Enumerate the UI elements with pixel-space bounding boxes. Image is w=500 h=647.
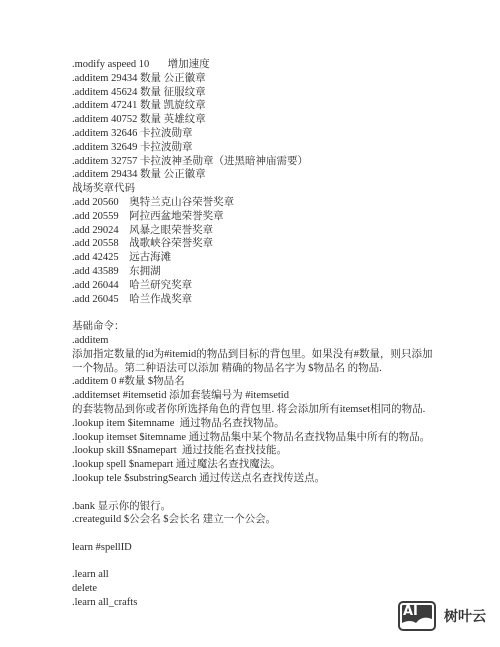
section-heading: 战场奖章代码 xyxy=(72,182,442,196)
text-line: .additem 32649 卡拉波勋章 xyxy=(72,141,442,155)
text-line: .lookup tele $substringSearch 通过传送点名查找传送… xyxy=(72,472,442,486)
text-line: .add 43589 东拥湖 xyxy=(72,265,442,279)
text-line: .additem 32757 卡拉波神圣勋章（进黑暗神庙需要） xyxy=(72,155,442,169)
text-line: .lookup skill $$namepart 通过技能名查找技能。 xyxy=(72,444,442,458)
text-line: .add 29024 风暴之眼荣誉奖章 xyxy=(72,224,442,238)
text-line: .additem 32646 卡拉波勋章 xyxy=(72,127,442,141)
text-paragraph: 添加指定数量的id为#itemid的物品到目标的背包里。如果没有#数量，则只添加… xyxy=(72,348,442,376)
text-line: .add 42425 远古海滩 xyxy=(72,251,442,265)
watermark: AI 树叶云 xyxy=(398,601,486,631)
text-line: .additem xyxy=(72,334,442,348)
text-line: learn #spellID xyxy=(72,541,442,555)
text-line: .additem 47241 数量 凯旋纹章 xyxy=(72,99,442,113)
text-line: .additem 40752 数量 英雄纹章 xyxy=(72,113,442,127)
text-line: .additem 29434 数量 公正徽章 xyxy=(72,72,442,86)
text-line: .lookup spell $namepart 通过魔法名查找魔法。 xyxy=(72,458,442,472)
blank-line xyxy=(72,555,442,569)
text-line: 的套装物品到你或者你所选择角色的背包里. 将会添加所有itemset相同的物品. xyxy=(72,403,442,417)
text-line: .add 26045 哈兰作战奖章 xyxy=(72,293,442,307)
text-line: .additem 45624 数量 征服纹章 xyxy=(72,86,442,100)
text-line: .createguild $公会名 $会长名 建立一个公会。 xyxy=(72,513,442,527)
brand-name: 树叶云 xyxy=(444,606,486,626)
blank-line xyxy=(72,486,442,500)
text-line: .modify aspeed 10 增加速度 xyxy=(72,58,442,72)
text-line: .learn all xyxy=(72,568,442,582)
text-line: .additem 29434 数量 公正徽章 xyxy=(72,168,442,182)
text-line: .add 20560 奥特兰克山谷荣誉奖章 xyxy=(72,196,442,210)
text-line: .additemset #itemsetid 添加套装编号为 #itemseti… xyxy=(72,389,442,403)
text-line: .add 26044 哈兰研究奖章 xyxy=(72,279,442,293)
text-line: .lookup itemset $itemname 通过物品集中某个物品名查找物… xyxy=(72,431,442,445)
blank-line xyxy=(72,306,442,320)
text-line: delete xyxy=(72,582,442,596)
text-line: .lookup item $itemname 通过物品名查找物品。 xyxy=(72,417,442,431)
text-line: .add 20558 战歌峡谷荣誉奖章 xyxy=(72,237,442,251)
text-line: .additem 0 #数量 $物品名 xyxy=(72,375,442,389)
ai-logo-icon: AI xyxy=(398,601,436,631)
text-line: .add 20559 阿拉西盆地荣誉奖章 xyxy=(72,210,442,224)
text-line: .bank 显示你的银行。 xyxy=(72,500,442,514)
text-line: .learn all_crafts xyxy=(72,596,442,610)
blank-line xyxy=(72,527,442,541)
section-heading: 基础命令： xyxy=(72,320,442,334)
document-body: .modify aspeed 10 增加速度 .additem 29434 数量… xyxy=(72,58,442,610)
